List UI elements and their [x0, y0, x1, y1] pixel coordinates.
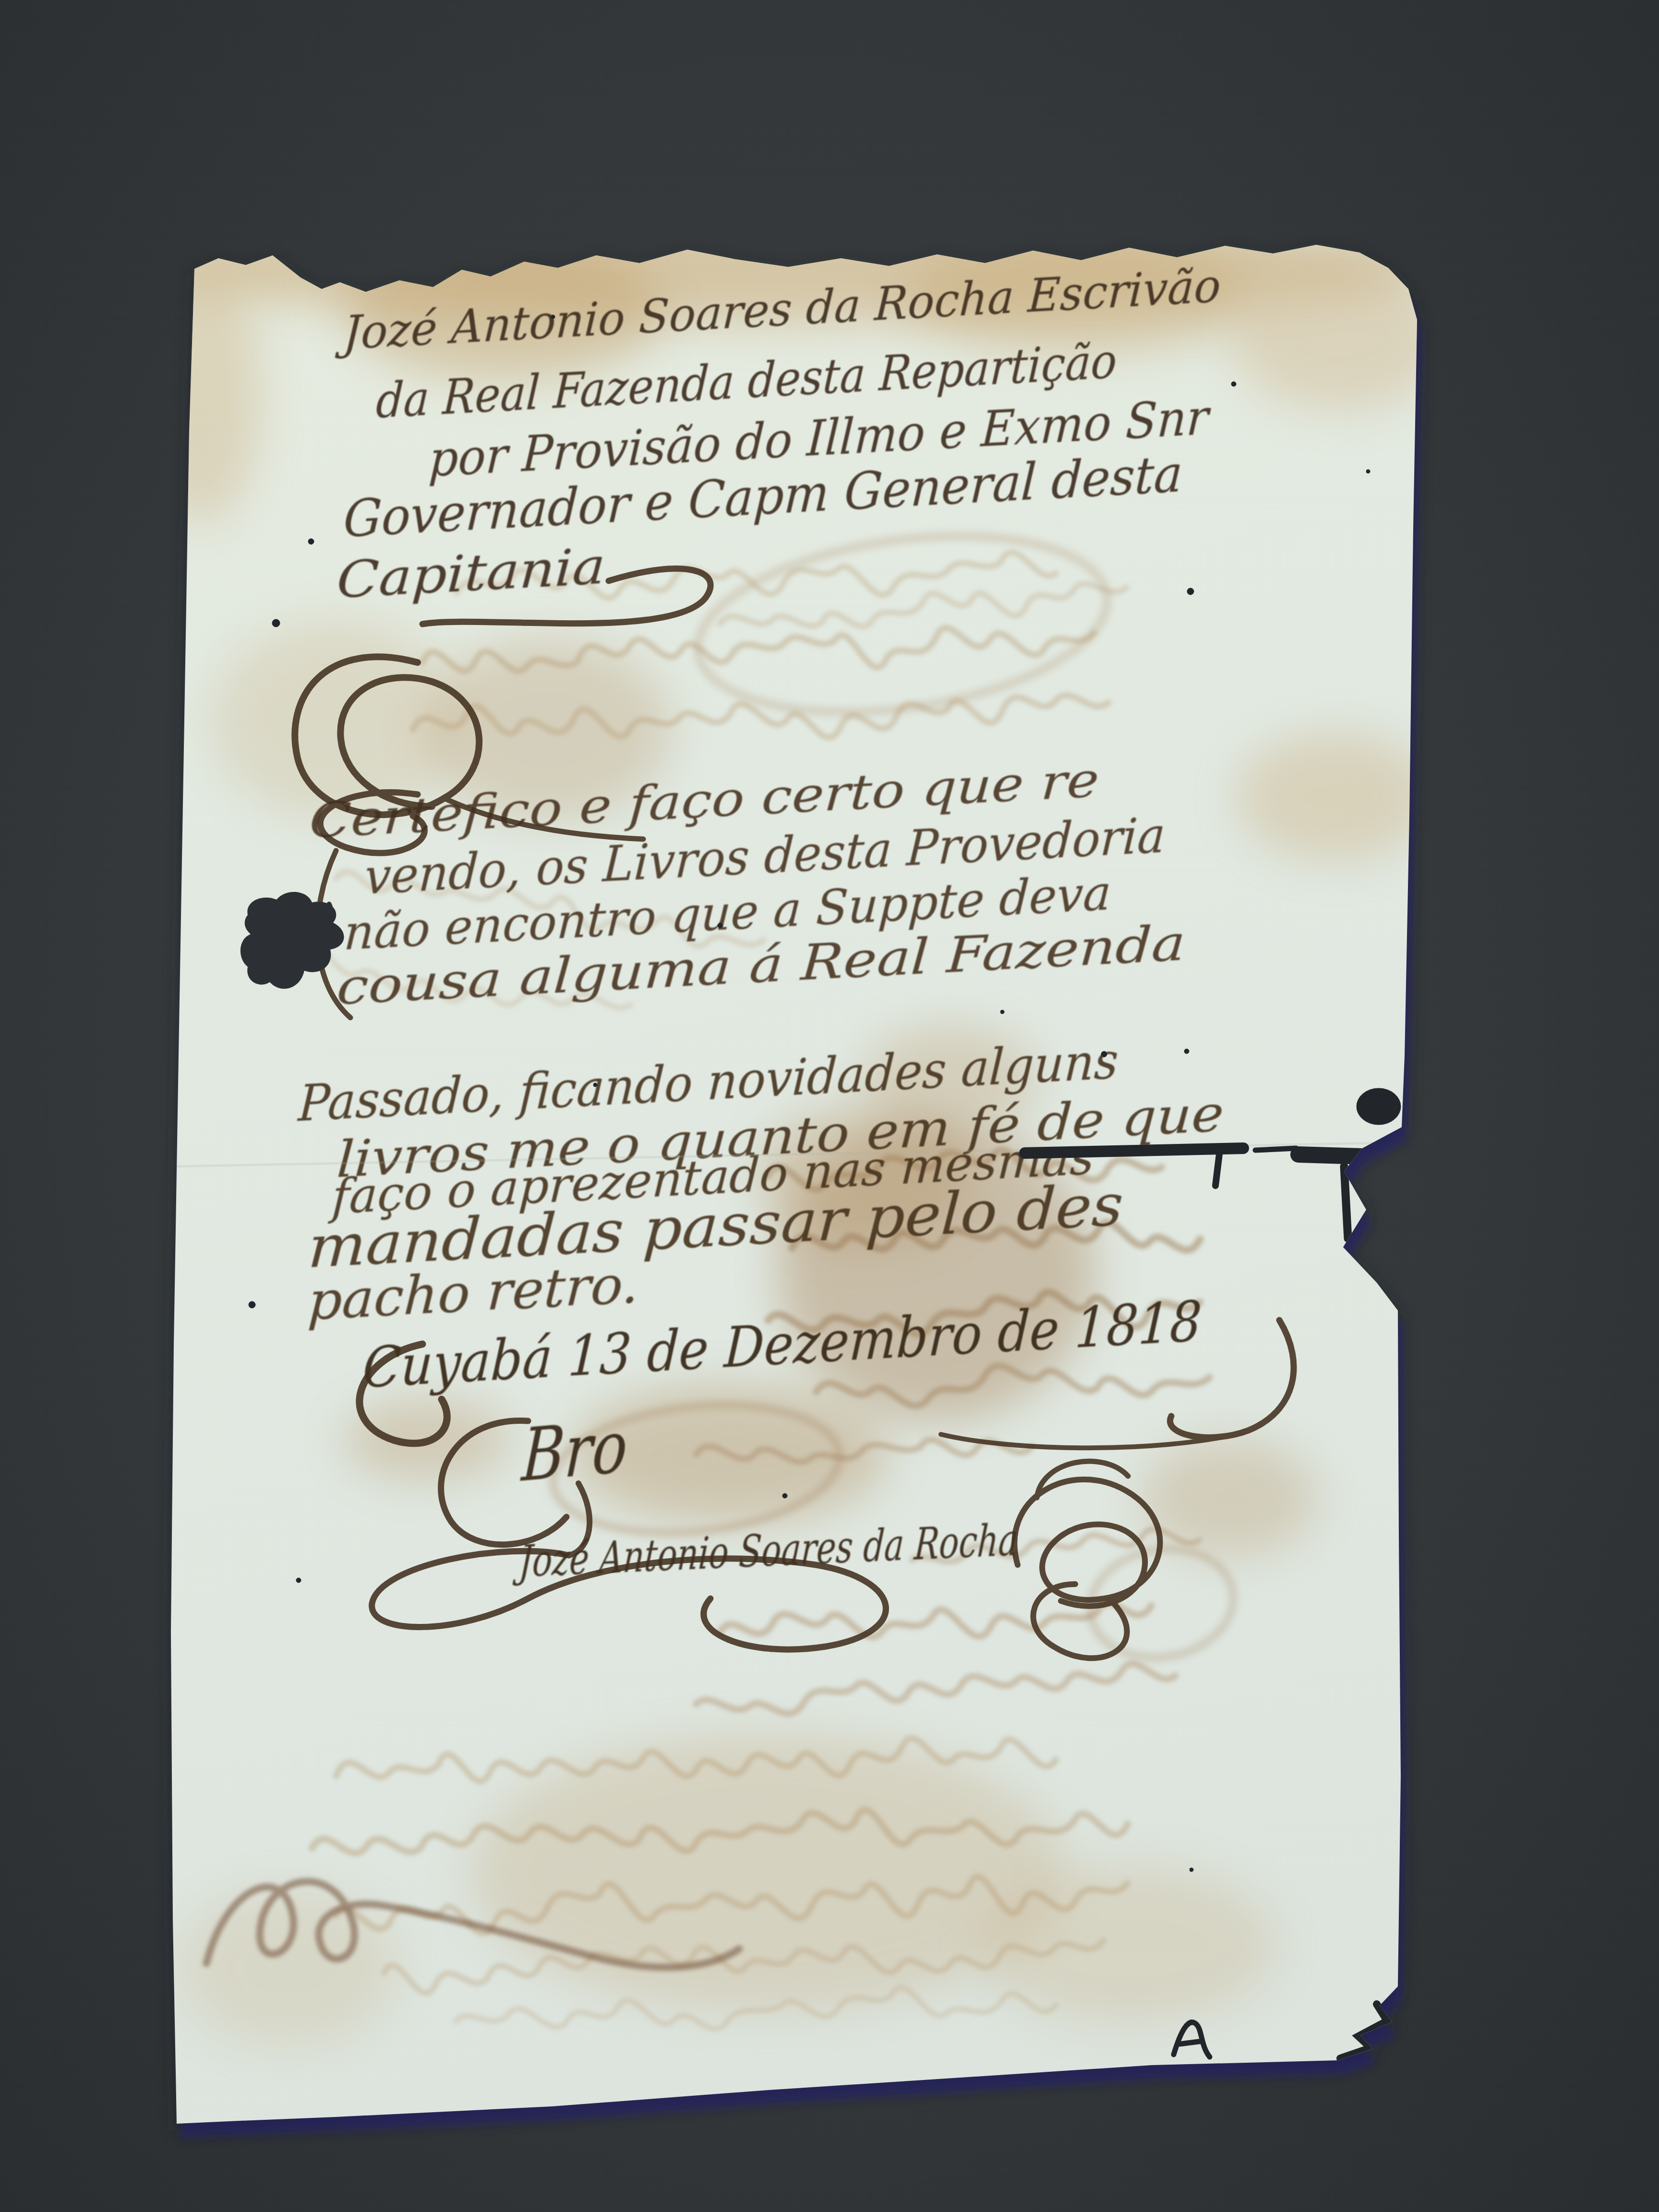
- ink-speck: [1187, 588, 1194, 595]
- ink-blob: [1357, 1088, 1401, 1125]
- handwriting-certification: Certefico e faço certo que re vendo, os …: [308, 752, 1187, 1016]
- age-stain: [1236, 732, 1433, 862]
- ink-speck: [551, 315, 555, 319]
- ink-speck: [249, 1301, 255, 1308]
- ink-speck: [593, 1083, 597, 1087]
- ink-speck: [272, 619, 280, 627]
- ink-speck: [1190, 1868, 1193, 1872]
- ink-speck: [308, 539, 314, 544]
- ink-blob: [1368, 1185, 1403, 1235]
- age-stain: [178, 1889, 398, 2047]
- age-stain: [470, 1733, 1066, 2011]
- ink-blot-streak: [1298, 1154, 1409, 1158]
- ink-speck: [296, 1578, 301, 1583]
- age-stain: [142, 264, 262, 523]
- age-stain: [1231, 266, 1447, 410]
- ink-speck: [1000, 1010, 1004, 1014]
- manuscript-scan: Jozé Antonio Soares da Rocha Escrivão da…: [0, 0, 1659, 2212]
- age-stain: [1140, 1438, 1318, 1558]
- ink-drip: [1215, 1154, 1219, 1186]
- ink-speck: [166, 1180, 170, 1184]
- ink-blot-streak: [1025, 1148, 1243, 1153]
- rubric-mark: Bro: [519, 1404, 630, 1498]
- ink-speck: [718, 923, 722, 928]
- ink-blot-streak: [1255, 1148, 1296, 1150]
- ink-speck: [1231, 382, 1236, 386]
- ink-speck: [1366, 469, 1370, 473]
- photo-backdrop: Jozé Antonio Soares da Rocha Escrivão da…: [0, 0, 1659, 2212]
- ink-speck: [1184, 1049, 1189, 1054]
- ink-drip: [1344, 1166, 1348, 1238]
- ink-speck: [782, 1493, 787, 1498]
- ink-speck: [1101, 1051, 1107, 1057]
